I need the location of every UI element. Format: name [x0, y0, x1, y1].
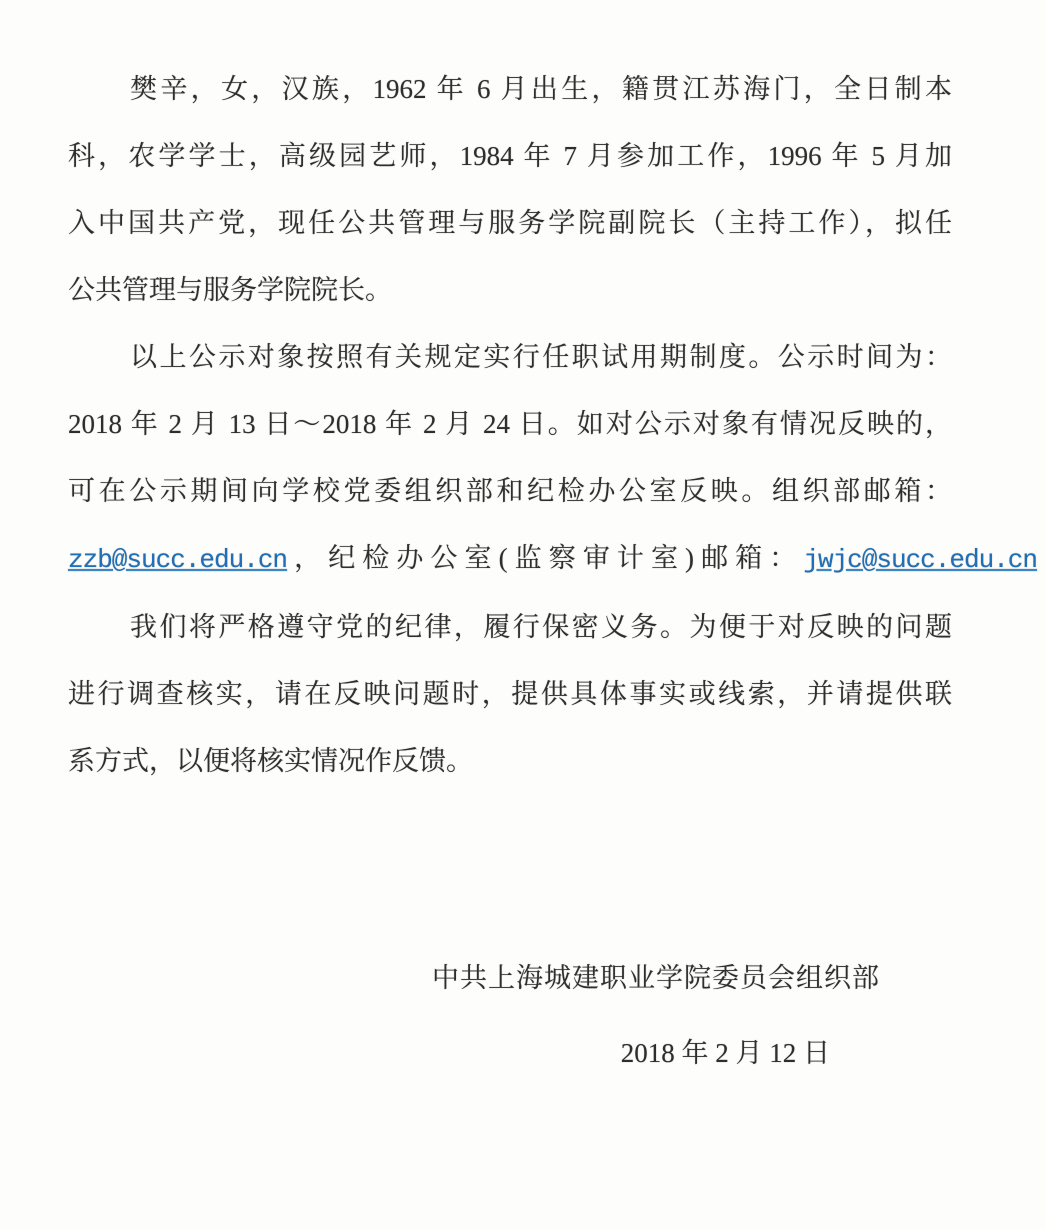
email-link-zzb[interactable]: zzb@succ.edu.cn	[68, 545, 287, 575]
paragraph-candidate-bio: 樊辛，女，汉族，1962 年 6 月出生，籍贯江苏海门，全日制本 科，农学学士，…	[68, 56, 952, 324]
text-line: 进行调查核实，请在反映问题时，提供具体事实或线索，并请提供联	[68, 661, 952, 728]
text-line: 樊辛，女，汉族，1962 年 6 月出生，籍贯江苏海门，全日制本	[68, 56, 952, 123]
signature-organization: 中共上海城建职业学院委员会组织部	[68, 945, 952, 1012]
text-line-emails: zzb@succ.edu.cn，纪检办公室(监察审计室)邮箱：jwjc@succ…	[68, 525, 1037, 594]
text-line: 入中国共产党，现任公共管理与服务学院副院长（主持工作），拟任	[68, 190, 952, 257]
text-line: 公共管理与服务学院院长。	[68, 257, 952, 324]
text-line: 科，农学学士，高级园艺师，1984 年 7 月参加工作，1996 年 5 月加	[68, 123, 952, 190]
scanned-document-page: 樊辛，女，汉族，1962 年 6 月出生，籍贯江苏海门，全日制本 科，农学学士，…	[0, 0, 1045, 1229]
text-line: 以上公示对象按照有关规定实行任职试用期制度。公示时间为：	[68, 324, 952, 391]
email-line-middle-text: ，纪检办公室(监察审计室)邮箱：	[287, 543, 803, 573]
text-line: 系方式，以便将核实情况作反馈。	[68, 728, 952, 795]
text-line: 2018 年 2 月 13 日～2018 年 2 月 24 日。如对公示对象有情…	[68, 391, 952, 458]
paragraph-confidentiality-notice: 我们将严格遵守党的纪律，履行保密义务。为便于对反映的问题 进行调查核实，请在反映…	[68, 594, 952, 795]
text-line: 我们将严格遵守党的纪律，履行保密义务。为便于对反映的问题	[68, 594, 952, 661]
paragraph-publicity-period: 以上公示对象按照有关规定实行任职试用期制度。公示时间为： 2018 年 2 月 …	[68, 324, 952, 594]
text-line: 可在公示期间向学校党委组织部和纪检办公室反映。组织部邮箱：	[68, 458, 952, 525]
document-body: 樊辛，女，汉族，1962 年 6 月出生，籍贯江苏海门，全日制本 科，农学学士，…	[68, 56, 952, 1087]
email-link-jwjc[interactable]: jwjc@succ.edu.cn	[803, 545, 1037, 575]
document-date: 2018 年 2 月 12 日	[68, 1020, 952, 1087]
